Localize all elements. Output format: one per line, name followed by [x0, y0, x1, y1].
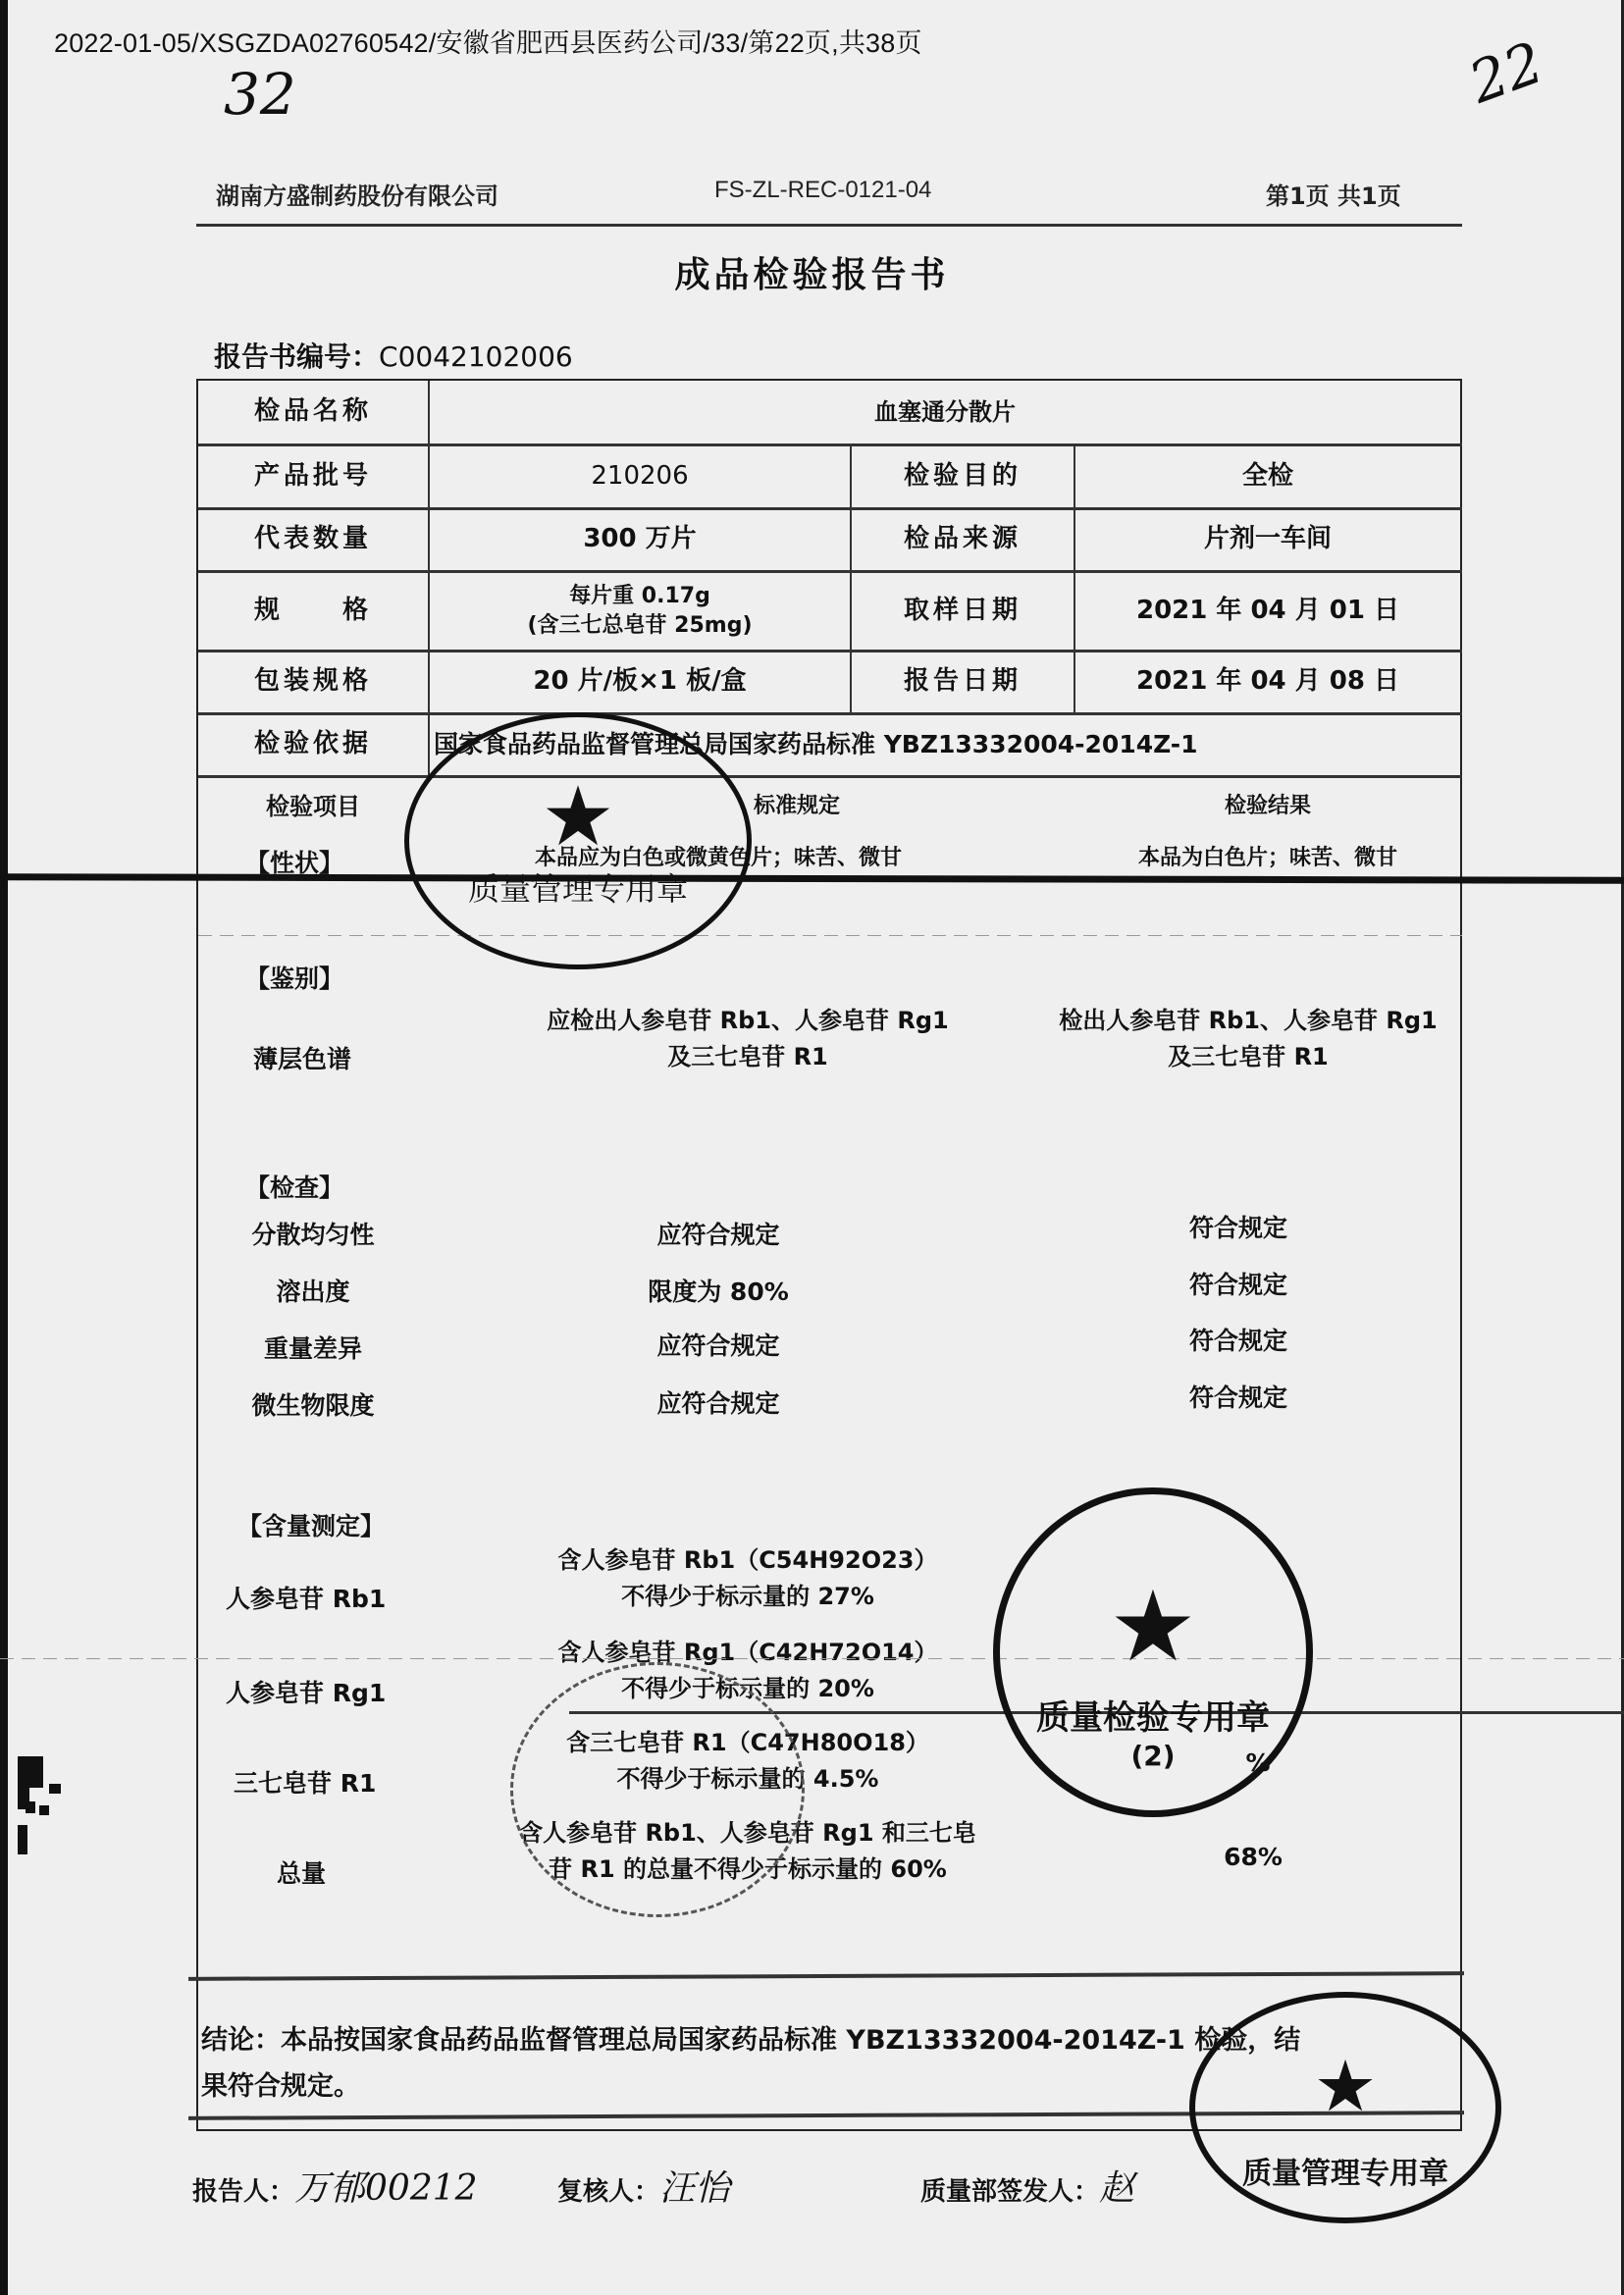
packaging-label: 包装规格: [198, 652, 428, 712]
identification-item: 薄层色谱: [253, 1040, 351, 1075]
spec-label: 规 格: [198, 572, 428, 650]
product-name-value: 血塞通分散片: [430, 381, 1460, 443]
seal-star-icon: ★: [1314, 2051, 1378, 2121]
assay-result: 68%: [1179, 1839, 1327, 1877]
report-date-value: 2021 年 04 月 08 日: [1075, 652, 1460, 712]
dashed-scan-line: [0, 1658, 1624, 1659]
section-assay-title: 【含量测定】: [237, 1507, 385, 1542]
inspection-result: 符合规定: [1140, 1380, 1336, 1418]
assay-standard-line1: 含人参皂苷 Rb1（C54H92O23）: [493, 1542, 1003, 1579]
assay-standard: 含人参皂苷 Rb1（C54H92O23） 不得少于标示量的 27%: [493, 1542, 1003, 1615]
quality-management-seal-bottom: ★ 质量管理专用章: [1189, 1992, 1501, 2223]
report-number-label: 报告书编号：: [214, 340, 379, 373]
col-header-item: 检验项目: [198, 777, 428, 836]
report-number-value: C0042102006: [379, 340, 573, 373]
handwritten-page-number-left: 32: [224, 61, 296, 128]
company-name: 湖南方盛制药股份有限公司: [216, 177, 498, 211]
seal-center-text: 质量管理专用章: [1195, 2149, 1495, 2192]
inspection-item: 溶出度: [198, 1274, 428, 1312]
product-name-label: 检品名称: [198, 381, 428, 443]
batch-value: 210206: [430, 445, 850, 507]
source-label: 检品来源: [852, 509, 1074, 570]
reviewer-handwriting: 汪怡: [659, 2168, 730, 2209]
appearance-result: 本品为白色片；味苦、微甘: [1062, 842, 1474, 875]
section-identification-title: 【鉴别】: [245, 960, 343, 995]
handwritten-page-number-right: 22: [1461, 28, 1552, 116]
reporter-handwriting: 万郁00212: [294, 2168, 478, 2209]
inspection-item: 微生物限度: [198, 1387, 428, 1426]
identification-result: 检出人参皂苷 Rb1、人参皂苷 Rg1 及三七皂苷 R1: [1032, 1003, 1464, 1075]
reviewer-signature: 复核人：汪怡: [557, 2161, 730, 2211]
form-code: FS-ZL-REC-0121-04: [714, 177, 931, 204]
sampling-date-value: 2021 年 04 月 01 日: [1075, 572, 1460, 650]
inspection-standard: 应符合规定: [571, 1328, 865, 1366]
identification-standard-line1: 应检出人参皂苷 Rb1、人参皂苷 Rg1: [453, 1003, 1042, 1039]
report-date-label: 报告日期: [852, 652, 1074, 712]
seal-number: (2): [1000, 1740, 1306, 1772]
header-rule: [196, 224, 1462, 227]
identification-result-line2: 及三七皂苷 R1: [1032, 1039, 1464, 1075]
dashed-scan-line: [198, 935, 1462, 936]
seal-star-icon: ★: [1109, 1578, 1197, 1676]
reviewer-label: 复核人：: [557, 2177, 659, 2207]
faint-seal-overlay: [510, 1662, 805, 1917]
seal-center-text: 质量管理专用章: [409, 864, 747, 910]
purpose-value: 全检: [1075, 445, 1460, 507]
inspection-item: 重量差异: [198, 1330, 428, 1369]
source-value: 片剂一车间: [1075, 509, 1460, 570]
identification-standard-line2: 及三七皂苷 R1: [453, 1039, 1042, 1075]
identification-result-line1: 检出人参皂苷 Rb1、人参皂苷 Rg1: [1032, 1003, 1464, 1039]
scan-left-edge: [0, 0, 8, 2295]
page-info: 第1页 共1页: [1266, 177, 1401, 211]
col-header-result: 检验结果: [1062, 777, 1474, 836]
sampling-date-label: 取样日期: [852, 572, 1074, 650]
quality-inspection-seal: ★ 质量检验专用章 (2): [993, 1487, 1313, 1817]
approver-label: 质量部签发人：: [920, 2177, 1099, 2207]
assay-standard-line2: 不得少于标示量的 27%: [493, 1579, 1003, 1615]
purpose-label: 检验目的: [852, 445, 1074, 507]
inspection-item: 分散均匀性: [198, 1217, 428, 1255]
approver-handwriting: 赵: [1099, 2168, 1134, 2209]
assay-item: 人参皂苷 Rg1: [226, 1674, 386, 1709]
inspection-report-table: 检品名称 血塞通分散片 产品批号 210206 检验目的 全检 代表数量 300…: [196, 379, 1462, 2131]
quantity-label: 代表数量: [198, 509, 428, 570]
inspection-standard: 应符合规定: [571, 1385, 865, 1424]
quality-management-seal-top: ★ 质量管理专用章: [404, 712, 752, 969]
inspection-result: 符合规定: [1140, 1210, 1336, 1248]
spec-content: (含三七总皂苷 25mg): [527, 611, 752, 641]
reporter-label: 报告人：: [192, 2177, 294, 2207]
inspection-standard: 限度为 80%: [571, 1274, 865, 1312]
approver-signature: 质量部签发人：赵: [920, 2161, 1134, 2211]
batch-label: 产品批号: [198, 445, 428, 507]
reporter-signature: 报告人：万郁00212: [192, 2161, 478, 2211]
assay-item: 人参皂苷 Rb1: [226, 1580, 386, 1615]
seal-center-text: 质量检验专用章: [1000, 1691, 1306, 1739]
packaging-value: 20 片/板×1 板/盒: [430, 652, 850, 712]
identification-standard: 应检出人参皂苷 Rb1、人参皂苷 Rg1 及三七皂苷 R1: [453, 1003, 1042, 1075]
assay-item: 总量: [277, 1854, 326, 1890]
quantity-value: 300 万片: [430, 509, 850, 570]
assay-item: 三七皂苷 R1: [234, 1764, 376, 1799]
inspection-result: 符合规定: [1140, 1323, 1336, 1361]
section-inspection-title: 【检查】: [245, 1169, 343, 1204]
report-number: 报告书编号：C0042102006: [214, 336, 573, 375]
spec-value: 每片重 0.17g (含三七总皂苷 25mg): [430, 572, 850, 650]
seal-star-icon: ★: [541, 775, 614, 858]
basis-label: 检验依据: [198, 714, 428, 775]
document-title: 成品检验报告书: [0, 247, 1624, 297]
inspection-result: 符合规定: [1140, 1267, 1336, 1305]
scan-header-annotation: 2022-01-05/XSGZDA02760542/安徽省肥西县医药公司/33/…: [54, 22, 922, 60]
inspection-standard: 应符合规定: [571, 1217, 865, 1255]
spec-weight: 每片重 0.17g: [569, 582, 710, 611]
assay-standard-line1: 含人参皂苷 Rg1（C42H72O14）: [493, 1635, 1003, 1671]
